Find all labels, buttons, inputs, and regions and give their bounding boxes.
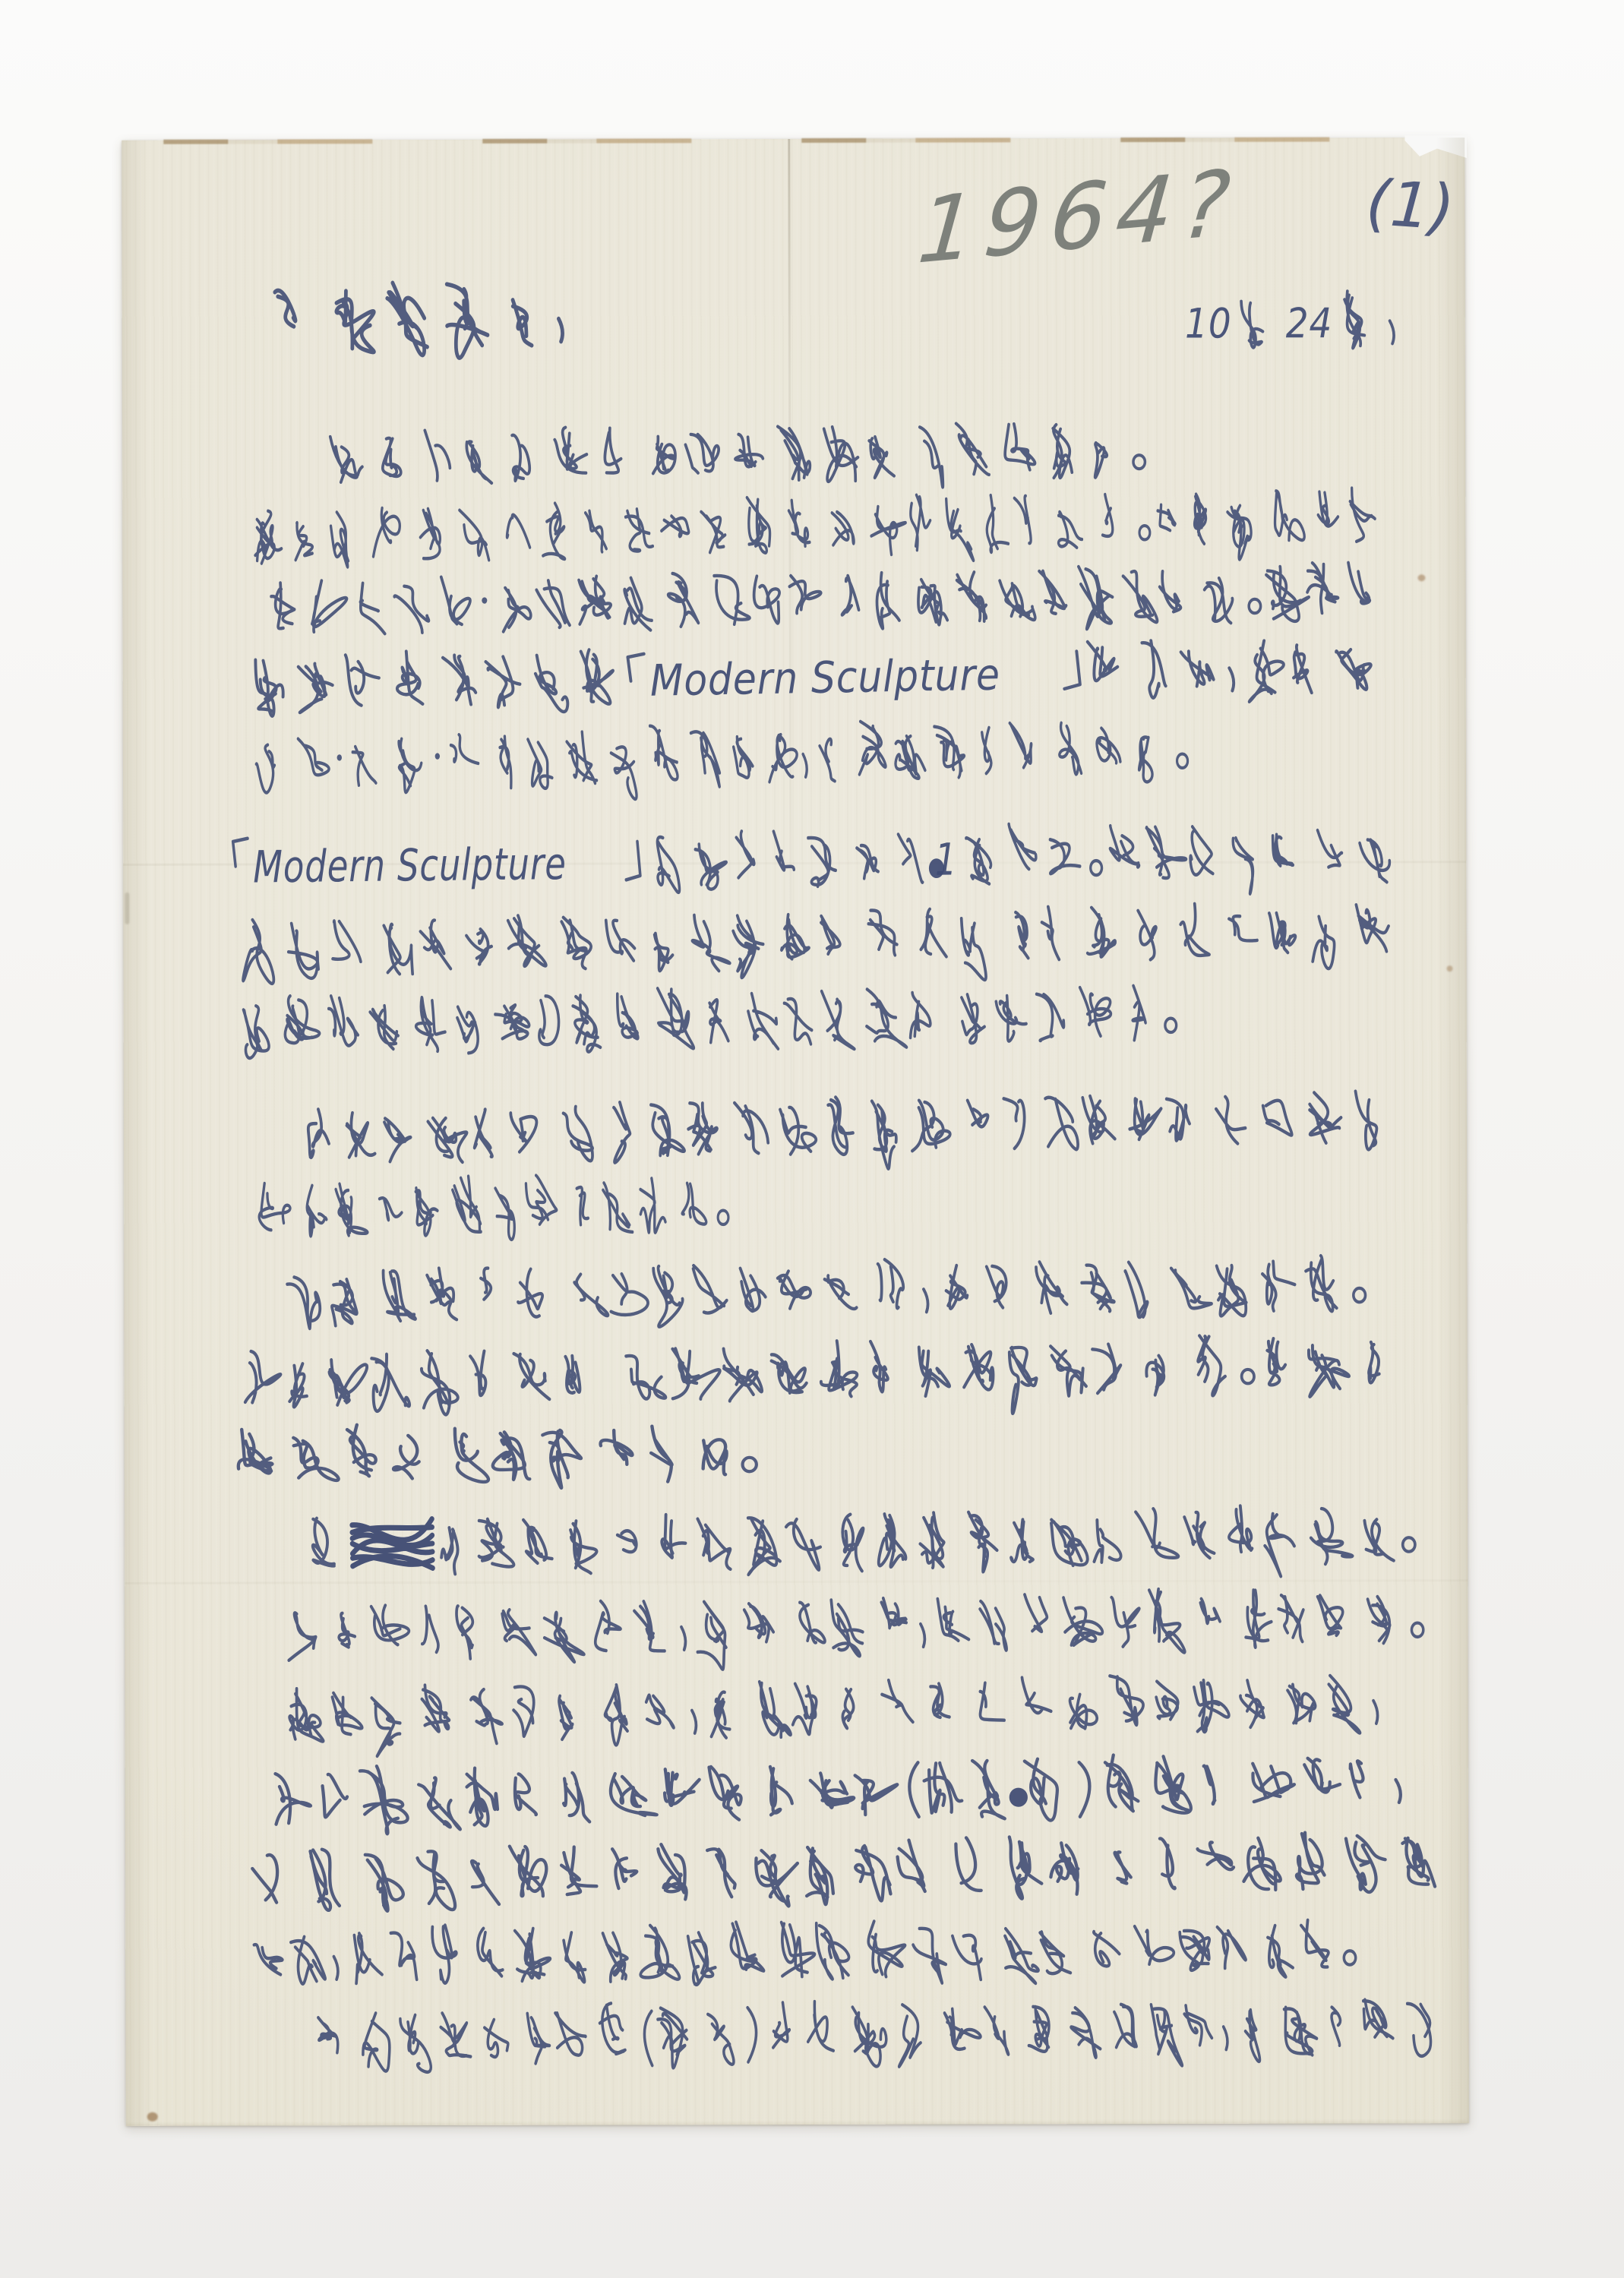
paper-stain (147, 2112, 158, 2122)
handwritten-line (284, 1582, 1433, 1680)
paper-stain (1417, 574, 1425, 581)
paper-stain (125, 893, 129, 924)
addressee-line (264, 272, 583, 376)
handwritten-line (235, 895, 1406, 997)
handwritten-line (311, 1989, 1447, 2087)
letter-paper: 1964? (1) 1024Modern SculptureModern Scu… (122, 137, 1468, 2126)
svg-text:10: 10 (1185, 299, 1232, 347)
handwritten-line (249, 713, 1196, 810)
handwritten-line (239, 978, 1186, 1073)
handwritten-line (228, 1417, 768, 1506)
svg-text:24: 24 (1286, 299, 1333, 347)
handwritten-line (295, 1079, 1398, 1186)
letter-scan: 1964? (1) 1024Modern SculptureModern Scu… (0, 0, 1624, 2278)
top-edge-stain (122, 137, 1464, 144)
pencil-year-annotation: 1964? (914, 150, 1243, 284)
svg-text:Modern Sculpture: Modern Sculpture (253, 839, 567, 893)
date-line: 1024 (1181, 287, 1409, 368)
page-number-annotation: (1) (1363, 166, 1456, 245)
paper-stain (1447, 965, 1453, 972)
corner-tear (1404, 135, 1467, 158)
svg-text:Modern Sculpture: Modern Sculpture (649, 649, 1000, 706)
handwritten-line (300, 1497, 1426, 1599)
handwritten-line (251, 1170, 738, 1259)
